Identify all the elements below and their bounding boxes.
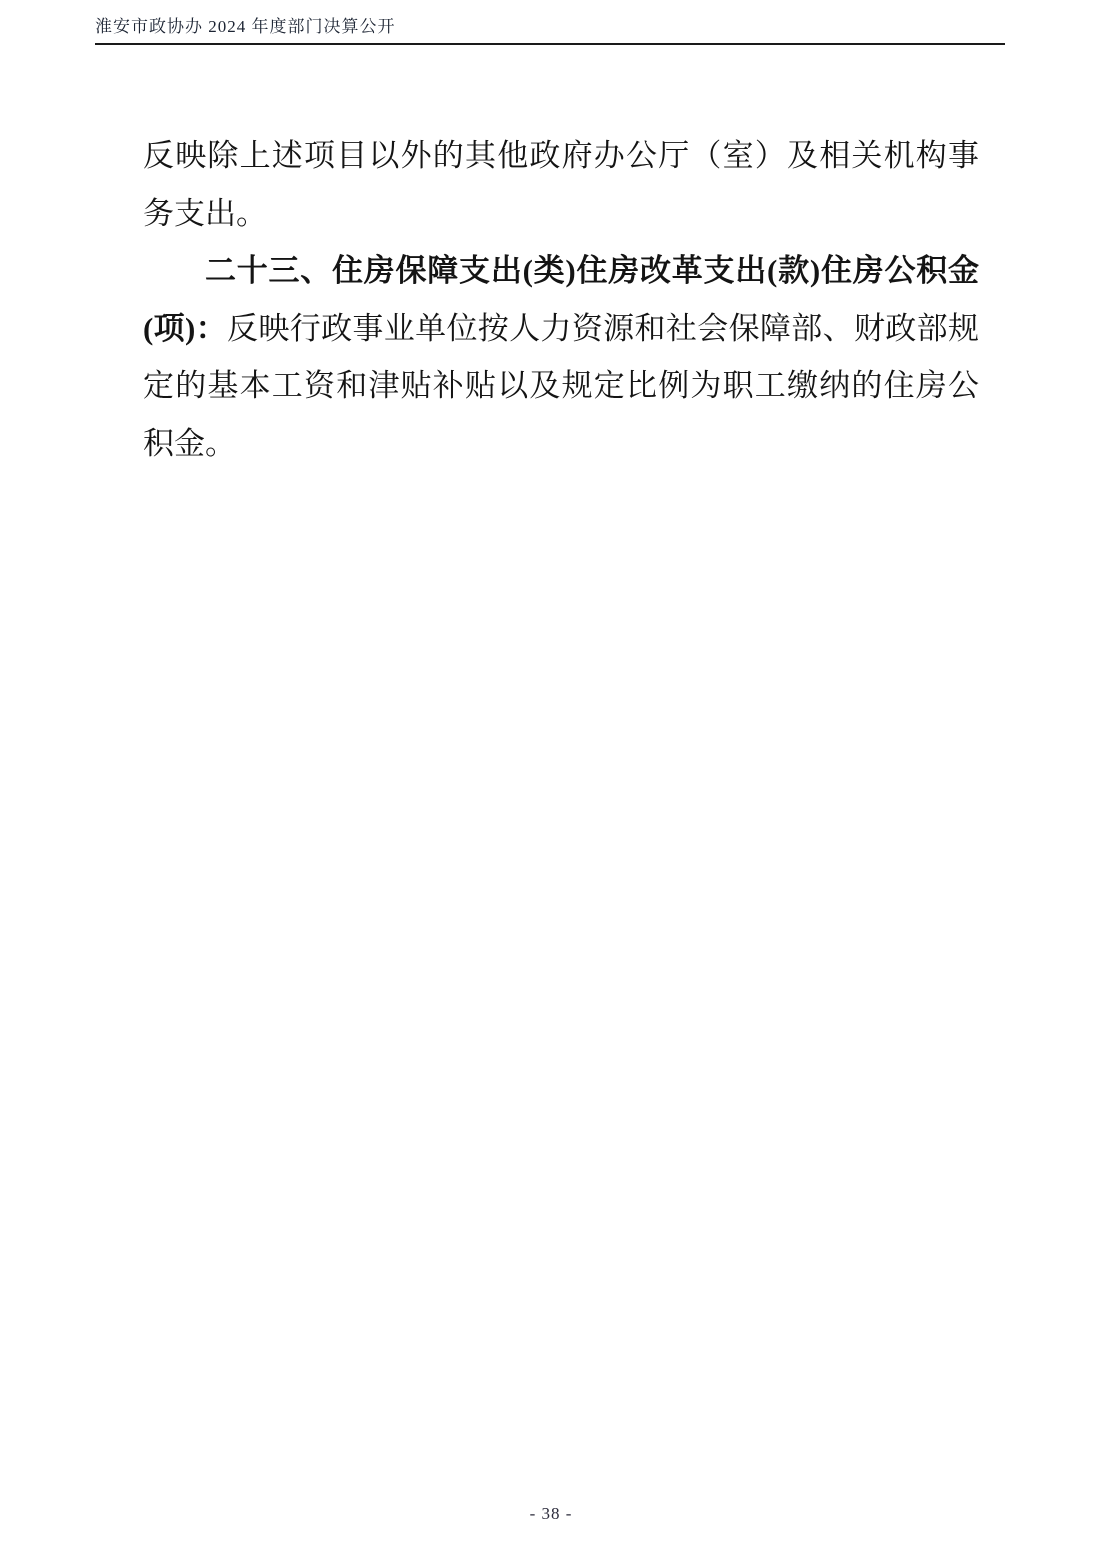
paragraph-text: 反映行政事业单位按人力资源和社会保障部、财政部规定的基本工资和津贴补贴以及规定比…: [143, 311, 979, 461]
document-page: 淮安市政协办 2024 年度部门决算公开 反映除上述项目以外的其他政府办公厅（室…: [0, 0, 1102, 1559]
document-body: 反映除上述项目以外的其他政府办公厅（室）及相关机构事务支出。 二十三、住房保障支…: [143, 127, 979, 472]
page-header: 淮安市政协办 2024 年度部门决算公开: [95, 16, 1005, 45]
paragraph-section-23: 二十三、住房保障支出(类)住房改革支出(款)住房公积金(项)：反映行政事业单位按…: [143, 242, 979, 472]
page-footer: - 38 -: [0, 1503, 1102, 1525]
paragraph-text: 反映除上述项目以外的其他政府办公厅（室）及相关机构事务支出。: [143, 138, 979, 231]
paragraph-continuation: 反映除上述项目以外的其他政府办公厅（室）及相关机构事务支出。: [143, 127, 979, 242]
header-title: 淮安市政协办 2024 年度部门决算公开: [95, 17, 396, 36]
page-number: - 38 -: [530, 1504, 573, 1523]
